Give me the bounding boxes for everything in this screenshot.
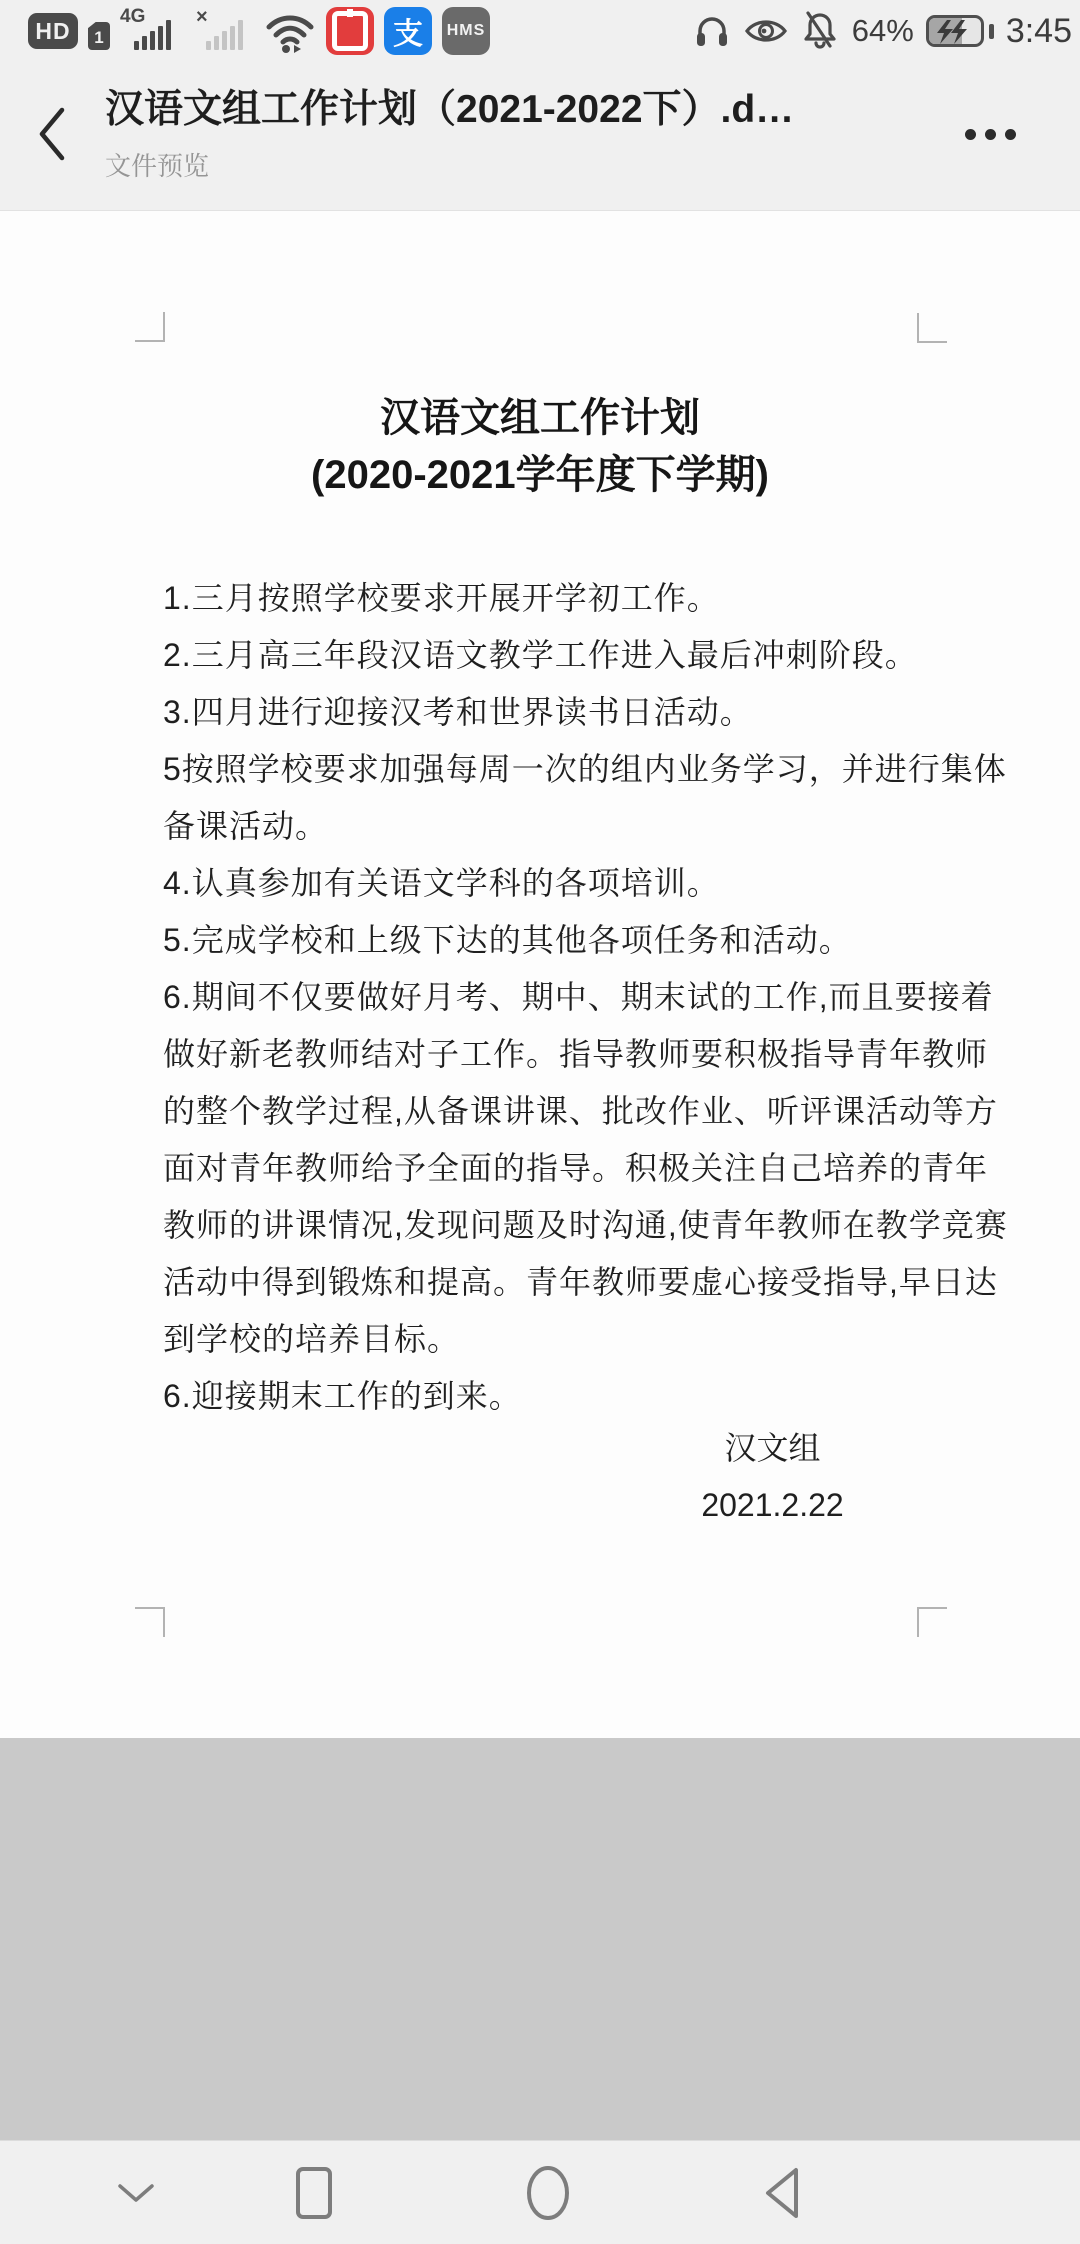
signature-date-line: 2021.2.22 [650,1477,895,1534]
document-end-area[interactable] [0,1738,1080,2140]
document-body-line: 1.三月按照学校要求开展开学初工作。 [163,570,963,627]
alipay-icon: 支 [384,7,432,55]
hms-icon: HMS [442,7,490,55]
battery-nub [989,24,994,39]
document-scroll-area[interactable]: 汉语文组工作计划 (2020-2021学年度下学期) 1.三月按照学校要求开展开… [0,211,1080,1738]
system-nav-bar [0,2140,1080,2244]
status-bar: HD 1 4G × [0,0,1080,60]
headset-icon [692,11,732,51]
back-button[interactable] [22,96,82,172]
document-body-line: 6.迎接期末工作的到来。 [163,1368,963,1425]
battery-percent-label: 64% [852,13,914,49]
signal-bars-dim-icon [206,20,243,50]
home-circle-icon [525,2164,571,2222]
document-body-line: 5.完成学校和上级下达的其他各项任务和活动。 [163,912,963,969]
file-title: 汉语文组工作计划（2021-2022下）.d… [105,78,925,134]
status-bar-left: HD 1 4G × [28,6,490,56]
document-body-line: 备课活动。 [163,798,963,855]
ellipsis-dot [1005,129,1016,140]
chevron-left-icon [34,105,70,163]
document-title: 汉语文组工作计划 (2020-2021学年度下学期) [163,390,917,504]
document-signature: 汉文组 2021.2.22 [650,1420,895,1534]
back-triangle-icon [760,2164,804,2222]
page-corner-mark [135,1607,165,1637]
document-body-line: 2.三月高三年段汉语文教学工作进入最后冲刺阶段。 [163,627,963,684]
ellipsis-dot [985,129,996,140]
document-body-line: 教师的讲课情况,发现问题及时沟通,使青年教师在教学竞赛 [163,1197,963,1254]
app-bar-titles: 汉语文组工作计划（2021-2022下）.d… 文件预览 [105,78,925,183]
document-body-line: 活动中得到锻炼和提高。青年教师要虚心接受指导,早日达 [163,1254,963,1311]
page-corner-mark [917,1607,947,1637]
file-preview-label: 文件预览 [105,146,925,183]
ellipsis-dot [965,129,976,140]
signal-bars-icon [134,20,171,50]
nav-recents-button[interactable] [254,2141,374,2244]
document-body-line: 5按照学校要求加强每周一次的组内业务学习，并进行集体 [163,741,963,798]
document-body-line: 3.四月进行迎接汉考和世界读书日活动。 [163,684,963,741]
nav-home-button[interactable] [488,2141,608,2244]
page-corner-mark [135,312,165,342]
app-bar: 汉语文组工作计划（2021-2022下）.d… 文件预览 [0,60,1080,210]
chevron-down-icon [116,2182,156,2204]
notifications-off-icon [800,10,840,52]
sim1-icon: 1 [88,22,110,50]
battery-icon [926,15,984,47]
cellular-signal-sim1-icon: 4G [120,8,182,54]
nav-hide-button[interactable] [76,2141,196,2244]
document-title-line: 汉语文组工作计划 [163,390,917,447]
signature-group-line: 汉文组 [650,1420,895,1477]
page-corner-mark [917,313,947,343]
status-bar-right: 64% 3:45 [692,6,1072,56]
document-body-line: 的整个教学过程,从备课讲课、批改作业、听评课活动等方 [163,1083,963,1140]
charging-bolts-icon [931,19,981,45]
top-chrome: HD 1 4G × [0,0,1080,211]
phone-screen: HD 1 4G × [0,0,1080,2244]
book-glyph-icon [332,11,368,51]
nav-back-button[interactable] [722,2141,842,2244]
volte-hd-icon: HD [28,13,78,49]
cellular-signal-sim2-icon: × [192,8,254,54]
recents-square-icon [294,2165,334,2221]
document-body-line: 6.期间不仅要做好月考、期中、期末试的工作,而且要接着 [163,969,963,1026]
wifi-icon [264,9,316,53]
document-body-line: 面对青年教师给予全面的指导。积极关注自己培养的青年 [163,1140,963,1197]
clock-label: 3:45 [1006,12,1072,51]
red-book-app-icon [326,7,374,55]
document-body-line: 4.认真参加有关语文学科的各项培训。 [163,855,963,912]
eye-comfort-icon [744,15,788,47]
document-body: 1.三月按照学校要求开展开学初工作。 2.三月高三年段汉语文教学工作进入最后冲刺… [163,570,963,1425]
document-body-line: 到学校的培养目标。 [163,1311,963,1368]
more-options-button[interactable] [944,106,1036,162]
document-body-line: 做好新老教师结对子工作。指导教师要积极指导青年教师 [163,1026,963,1083]
document-title-line: (2020-2021学年度下学期) [163,447,917,504]
